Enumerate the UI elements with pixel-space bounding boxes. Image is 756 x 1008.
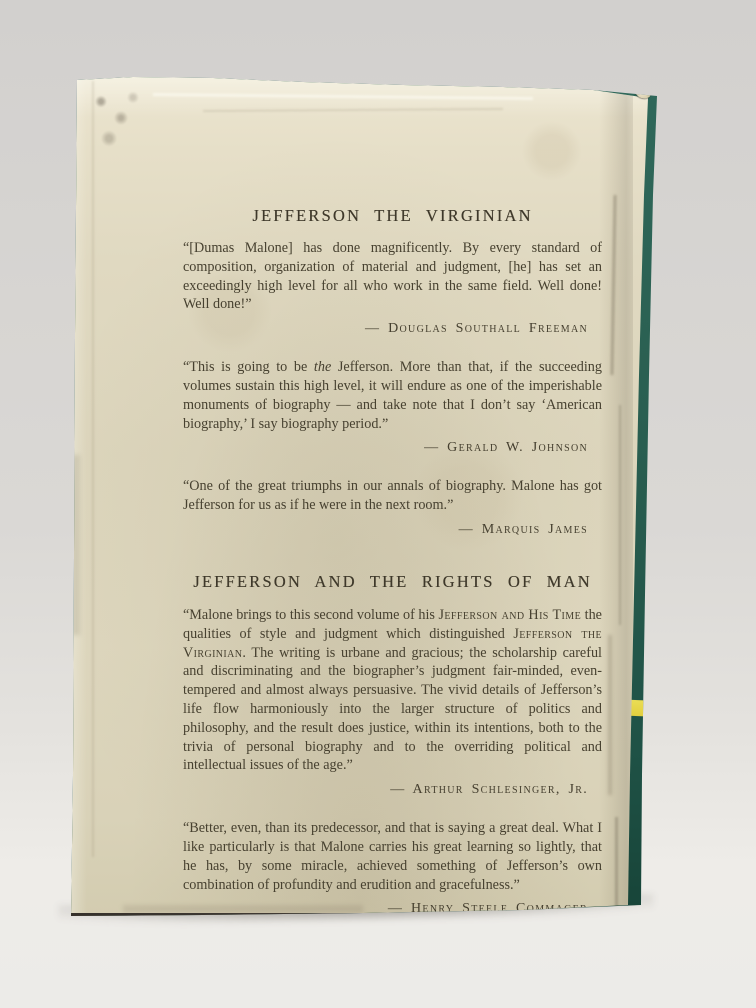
attribution-james: — Marquis James — [183, 522, 588, 538]
attribution-johnson: — Gerald W. Johnson — [183, 440, 588, 456]
quote-segment-italic: the — [314, 359, 331, 375]
quote-segment: “[Dumas Malone] has done magnificently. … — [183, 240, 602, 312]
photo-backdrop: JEFFERSON THE VIRGINIAN “[Dumas Malone] … — [0, 0, 756, 1008]
jacket-corner-smudges — [77, 81, 157, 163]
attribution-schlesinger: — Arthur Schlesinger, Jr. — [183, 782, 588, 798]
jacket-crease-line — [92, 81, 94, 857]
quote-segment: “This is going to be — [183, 359, 314, 375]
review-quote-schlesinger: “Malone brings to this second volume of … — [183, 606, 602, 775]
quote-segment: “One of the great triumphs in our annals… — [183, 478, 602, 513]
book: JEFFERSON THE VIRGINIAN “[Dumas Malone] … — [63, 75, 659, 918]
jacket-wear-streak — [615, 817, 618, 907]
heading-jefferson-the-virginian: JEFFERSON THE VIRGINIAN — [183, 206, 602, 226]
back-cover-text: JEFFERSON THE VIRGINIAN “[Dumas Malone] … — [183, 206, 602, 917]
jacket-edge-smudge — [71, 455, 80, 635]
review-quote-freeman: “[Dumas Malone] has done magnificently. … — [183, 239, 602, 314]
quote-segment-smallcaps: Jefferson and His Time — [439, 607, 582, 623]
jacket-crinkle-highlight — [153, 93, 533, 100]
jacket-fold-shading — [599, 75, 633, 918]
quote-segment: . The writing is urbane and gracious; th… — [183, 645, 602, 774]
attribution-freeman: — Douglas Southall Freeman — [183, 321, 588, 337]
jacket-crinkle-shadow — [203, 108, 503, 112]
jacket-wear-streak — [608, 635, 612, 795]
dust-jacket: JEFFERSON THE VIRGINIAN “[Dumas Malone] … — [63, 75, 659, 918]
heading-jefferson-rights-of-man: JEFFERSON AND THE RIGHTS OF MAN — [183, 572, 602, 592]
review-quote-james: “One of the great triumphs in our annals… — [183, 477, 602, 515]
jacket-wear-streak — [619, 405, 621, 625]
quote-segment: “Malone brings to this second volume of … — [183, 607, 439, 623]
quote-segment: “Better, even, than its predecessor, and… — [183, 820, 602, 892]
jacket-wear-streak — [610, 195, 616, 375]
review-quote-johnson: “This is going to be the Jefferson. More… — [183, 358, 602, 433]
review-quote-commager: “Better, even, than its predecessor, and… — [183, 819, 602, 894]
